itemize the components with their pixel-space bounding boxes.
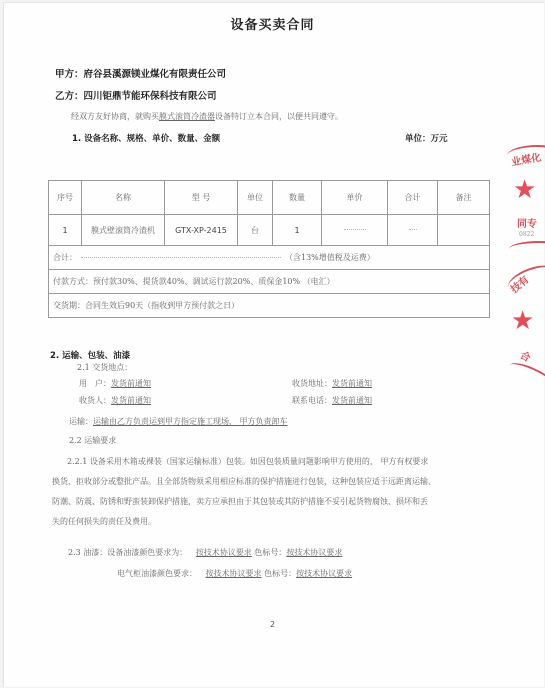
section-2-3-line-2: 电气柜油漆颜色要求： 按技术协议要求 色标号：按技术协议要求 — [117, 568, 352, 579]
address-value: 发货前通知 — [332, 379, 372, 388]
section-2-2-1-line-1: 2.2.1 设备采用木箱或裸装（国家运输标准）包装。如因包装质量问题影响甲方使用… — [67, 456, 428, 467]
paint-label: 2.3 油漆：设备油漆颜色要求为： — [68, 548, 187, 557]
cell-unit-price-redacted — [322, 215, 388, 246]
header-name: 名称 — [82, 181, 165, 215]
cell-name: 膜式壁滚筒冷渣机 — [82, 215, 165, 246]
seal-digits: 0822 — [519, 231, 534, 238]
party-a-name: 府谷县溪源镁业煤化有限责任公司 — [84, 69, 227, 80]
sum-row: 合计：（含13%增值税及运费） — [49, 246, 490, 270]
receiver-label: 收货人： — [79, 396, 111, 405]
header-model: 型 号 — [165, 181, 238, 215]
seal-arc-bottom — [509, 241, 545, 257]
party-b-name: 四川钜鼎节能环保科技有限公司 — [84, 91, 217, 102]
section-2-2-1-line-4: 失的任何损失的责任及费用。 — [52, 516, 156, 527]
sum-note: （含13%增值税及运费） — [285, 253, 375, 262]
user-field: 用 户：发货前通知 — [79, 378, 151, 389]
cabinet-paint-label: 电气柜油漆颜色要求： — [117, 569, 197, 578]
address-label: 收货地址： — [292, 379, 332, 388]
document-page — [3, 2, 544, 687]
cell-unit: 台 — [238, 215, 273, 246]
equipment-table: 序号 名称 型 号 单位 数量 单价 合计 备注 1 膜式壁滚筒冷渣机 GTX-… — [48, 180, 490, 318]
payment-cell: 付款方式：预付款30%、提货款40%、调试运行款20%、质保金10% （电汇） — [49, 270, 490, 294]
party-b-label: 乙方： — [55, 91, 84, 102]
cabinet-color-label: 色标号： — [264, 569, 296, 578]
header-remark: 备注 — [438, 181, 490, 215]
section2-title: 2. 运输、包装、油漆 — [50, 349, 130, 361]
section-2-2: 2.2 运输要求 — [69, 435, 116, 446]
company-seal-a: 业煤化 ★ 同专 0822 — [505, 145, 545, 255]
header-qty: 数量 — [273, 181, 322, 215]
cabinet-color-value: 按技术协议要求 — [296, 569, 352, 578]
intro-paragraph: 经双方友好协商，就购买膜式滚筒冷渣器设备特订立本合同，以便共同遵守。 — [71, 111, 343, 122]
user-label: 用 户： — [79, 379, 111, 388]
cell-qty: 1 — [273, 215, 322, 246]
transport-field: 运输：运输由乙方负责运到甲方指定施工现场， 甲方负责卸车 — [69, 416, 288, 427]
receiver-field: 收货人：发货前通知 — [79, 395, 151, 406]
intro-prefix: 经双方友好协商，就购买 — [71, 112, 159, 121]
address-field: 收货地址：发货前通知 — [292, 378, 372, 389]
seal-text-bottom: 合 — [518, 347, 534, 365]
header-no: 序号 — [49, 181, 82, 215]
table-header-row: 序号 名称 型 号 单位 数量 单价 合计 备注 — [49, 181, 490, 215]
paint-value: 按技术协议要求 — [196, 548, 252, 557]
party-a-label: 甲方： — [55, 69, 84, 80]
sum-label: 合计： — [53, 253, 77, 262]
header-unit-price: 单价 — [322, 181, 388, 215]
seal-star-icon: ★ — [513, 175, 536, 205]
sum-cell: 合计：（含13%增值税及运费） — [49, 246, 490, 270]
cell-remark — [438, 215, 490, 246]
section-2-3-line-1: 2.3 油漆：设备油漆颜色要求为： 按技术协议要求 色标号：按技术协议要求 — [68, 547, 342, 558]
paint-color-value: 按技术协议要求 — [286, 548, 342, 557]
table-row: 1 膜式壁滚筒冷渣机 GTX-XP-2415 台 1 — [49, 215, 490, 246]
cell-no: 1 — [49, 215, 82, 246]
phone-field: 联系电话：发货前通知 — [292, 395, 372, 406]
unit-label: 单位：万元 — [405, 132, 448, 144]
header-total: 合计 — [388, 181, 438, 215]
party-b: 乙方：四川钜鼎节能环保科技有限公司 — [55, 88, 217, 102]
paint-color-label: 色标号： — [254, 548, 286, 557]
delivery-row: 交货期：合同生效后90天（指收到甲方预付款之日） — [49, 294, 490, 318]
cabinet-paint-value: 按技术协议要求 — [206, 569, 262, 578]
intro-product: 膜式滚筒冷渣器 — [159, 112, 215, 121]
user-value: 发货前通知 — [111, 379, 151, 388]
section-2-2-1-line-2: 换货、拒收部分或整批产品。且全部货物须采用相应标准的保护措施进行包装，这种包装应… — [52, 476, 436, 487]
contract-title: 设备买卖合同 — [0, 14, 545, 33]
cell-total-redacted — [388, 215, 438, 246]
payment-row: 付款方式：预付款30%、提货款40%、调试运行款20%、质保金10% （电汇） — [49, 270, 490, 294]
section-2-2-1-line-3: 防潮、防震、防锈和野蛮装卸保护措施，卖方应承担由于其包装或其防护措施不妥引起货物… — [52, 496, 428, 507]
section1-title: 1. 设备名称、规格、单价、数量、金额 — [72, 132, 220, 144]
phone-label: 联系电话： — [292, 396, 332, 405]
sum-redacted — [81, 257, 281, 260]
cell-model: GTX-XP-2415 — [165, 215, 238, 246]
intro-suffix: 设备特订立本合同，以便共同遵守。 — [215, 112, 343, 121]
seal-text-bottom: 同专 — [517, 215, 537, 230]
header-unit: 单位 — [238, 181, 273, 215]
receiver-value: 发货前通知 — [111, 396, 151, 405]
page-number: 2 — [0, 620, 545, 629]
transport-label: 运输： — [69, 417, 93, 426]
section-2-1: 2.1 交货地点： — [77, 362, 132, 373]
phone-value: 发货前通知 — [332, 396, 372, 405]
transport-value: 运输由乙方负责运到甲方指定施工现场， 甲方负责卸车 — [93, 417, 288, 426]
company-seal-b: 技有 ★ 合 — [505, 268, 545, 383]
seal-star-icon: ★ — [511, 306, 534, 336]
party-a: 甲方：府谷县溪源镁业煤化有限责任公司 — [55, 66, 226, 80]
delivery-cell: 交货期：合同生效后90天（指收到甲方预付款之日） — [49, 294, 490, 318]
